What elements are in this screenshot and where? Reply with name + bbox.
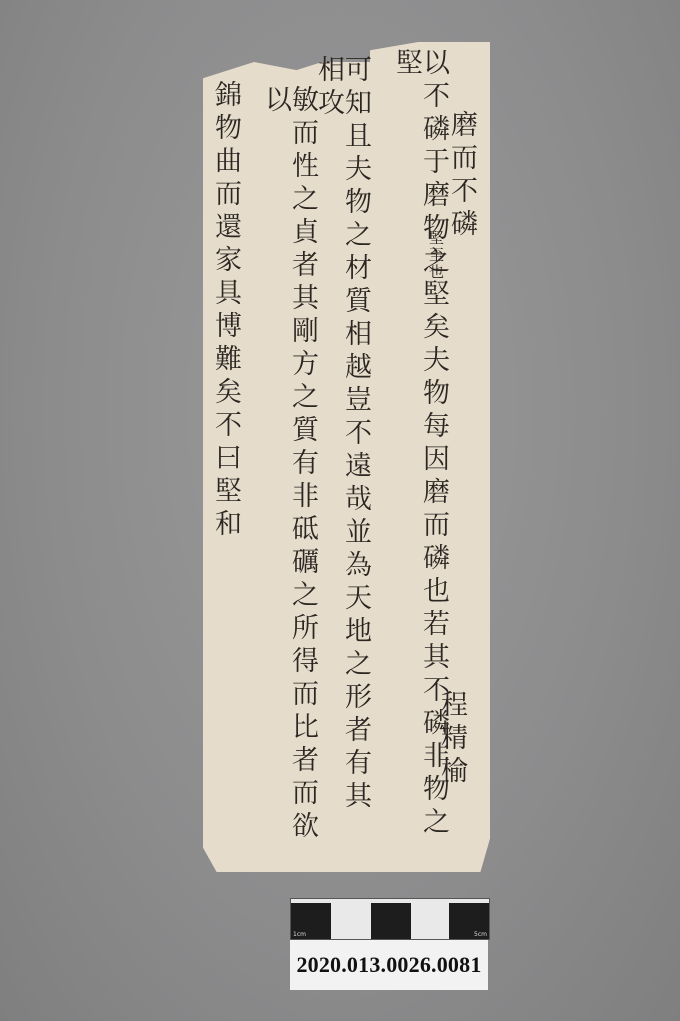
text-column: 敏而性之貞者其剛方之質有非砥礪之所得而比者而欲以 xyxy=(262,85,316,845)
text-column: 程精榆 xyxy=(438,690,465,790)
text-column: 可知且夫物之材質相越豈不遠哉並為天地之形者有其相攻 xyxy=(315,55,369,845)
scale-bar: 1cm 5cm xyxy=(290,898,490,940)
scale-right-unit: 5cm xyxy=(474,931,487,938)
catalog-label: 2020.013.0026.0081 xyxy=(290,940,488,990)
annotation: 堅至也 xyxy=(428,230,443,330)
scale-left-unit: 1cm xyxy=(293,931,306,938)
text-column: 磨而不磷 xyxy=(448,110,475,260)
text-column: 錦物曲而還家具博難矣不曰堅和 xyxy=(212,80,239,580)
